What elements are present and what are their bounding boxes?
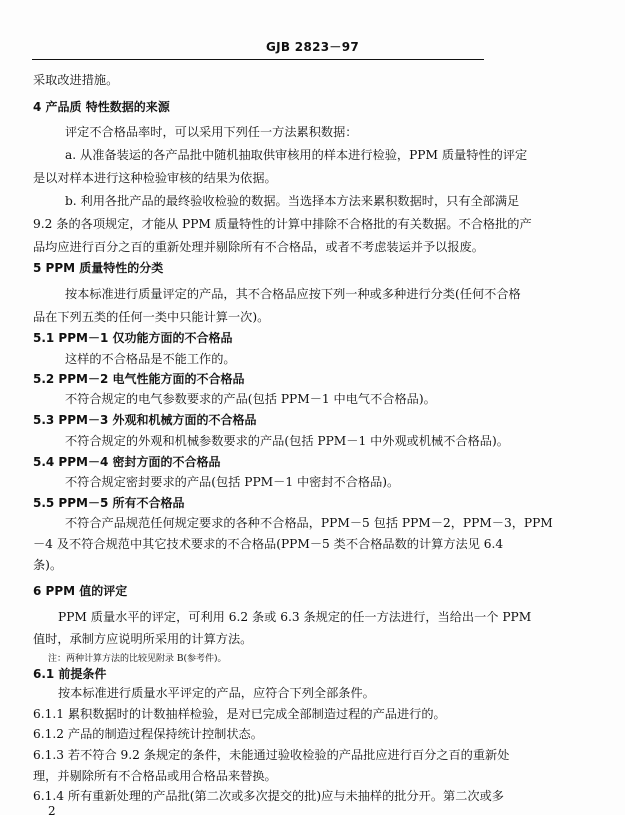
section-heading-6: 6 PPM 值的评定 (33, 583, 127, 599)
paragraph-line: 9.2 条的各项规定，才能从 PPM 质量特性的计算中排除不合格批的有关数据。不… (33, 216, 532, 232)
paragraph-line: 理，并剔除所有不合格品或用合格品来替换。 (33, 768, 277, 784)
section-heading-5-4: 5.4 PPM－4 密封方面的不合格品 (33, 454, 221, 470)
paragraph-line: 采取改进措施。 (33, 72, 118, 88)
document-page: GJB 2823－97 采取改进措施。 4 产品质 特性数据的来源 评定不合格品… (0, 0, 625, 815)
paragraph-line: 值时，承制方应说明所采用的计算方法。 (33, 631, 252, 647)
paragraph-line: b. 利用各批产品的最终验收检验的数据。当选择本方法来累积数据时，只有全部满足 (65, 193, 519, 209)
document-header: GJB 2823－97 (0, 38, 625, 55)
paragraph-line: 评定不合格品率时，可以采用下列任一方法累积数据： (65, 124, 358, 140)
paragraph-line: 按本标准进行质量评定的产品，其不合格品应按下列一种或多种进行分类(任何不合格 (65, 286, 521, 302)
paragraph-line: 品在下列五类的任何一类中只能计算一次)。 (33, 309, 269, 325)
paragraph-line: 不符合规定的外观和机械参数要求的产品(包括 PPM－1 中外观或机械不合格品)。 (65, 433, 509, 449)
section-heading-5-2: 5.2 PPM－2 电气性能方面的不合格品 (33, 371, 245, 387)
section-heading-5-3: 5.3 PPM－3 外观和机械方面的不合格品 (33, 412, 257, 428)
paragraph-line: 不符合规定密封要求的产品(包括 PPM－1 中密封不合格品)。 (65, 474, 399, 490)
section-heading-6-1: 6.1 前提条件 (33, 666, 106, 682)
section-heading-4: 4 产品质 特性数据的来源 (33, 99, 170, 115)
paragraph-line: 6.1.1 累积数据时的计数抽样检验，是对已完成全部制造过程的产品进行的。 (33, 706, 446, 722)
paragraph-line: 不符合规定的电气参数要求的产品(包括 PPM－1 中电气不合格品)。 (65, 391, 436, 407)
section-heading-5-5: 5.5 PPM－5 所有不合格品 (33, 495, 185, 511)
paragraph-line: a. 从准备装运的各产品批中随机抽取供审核用的样本进行检验，PPM 质量特性的评… (65, 147, 527, 163)
paragraph-line: 条)。 (33, 557, 62, 573)
paragraph-line: 按本标准进行质量水平评定的产品，应符合下列全部条件。 (58, 685, 375, 701)
section-heading-5: 5 PPM 质量特性的分类 (33, 260, 163, 276)
paragraph-line: 是以对样本进行这种检验审核的结果为依据。 (33, 170, 277, 186)
note-line: 注：两种计算方法的比较见附录 B(参考件)。 (48, 651, 227, 667)
paragraph-line: 6.1.4 所有重新处理的产品批(第二次或多次提交的批)应与未抽样的批分开。第二… (33, 788, 504, 804)
paragraph-line: 6.1.2 产品的制造过程保持统计控制状态。 (33, 726, 263, 742)
section-heading-5-1: 5.1 PPM－1 仅功能方面的不合格品 (33, 330, 233, 346)
paragraph-line: －4 及不符合规范中其它技术要求的不合格品(PPM－5 类不合格品数的计算方法见… (33, 536, 503, 552)
header-rule (32, 59, 484, 60)
paragraph-line: 这样的不合格品是不能工作的。 (65, 351, 236, 367)
paragraph-line: 6.1.3 若不符合 9.2 条规定的条件，未能通过验收检验的产品批应进行百分之… (33, 747, 509, 763)
paragraph-line: PPM 质量水平的评定，可利用 6.2 条或 6.3 条规定的任一方法进行，当给… (58, 609, 531, 625)
paragraph-line: 品均应进行百分之百的重新处理并剔除所有不合格品，或者不考虑装运并予以报废。 (33, 239, 484, 255)
page-number: 2 (48, 803, 56, 815)
paragraph-line: 不符合产品规范任何规定要求的各种不合格品，PPM－5 包括 PPM－2，PPM－… (65, 515, 553, 531)
